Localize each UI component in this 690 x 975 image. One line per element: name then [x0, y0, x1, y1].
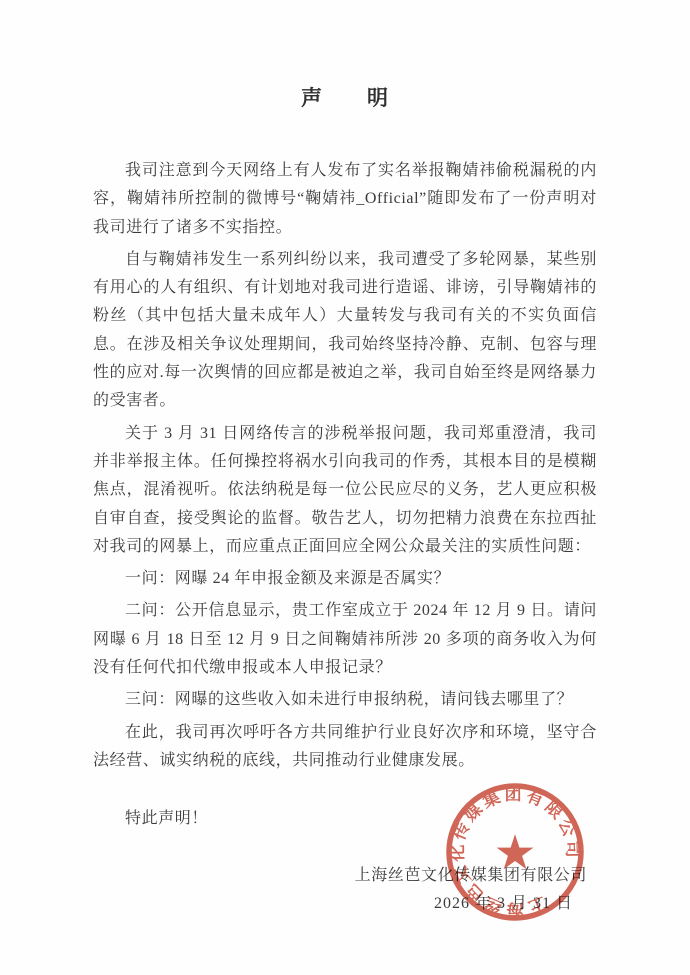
paragraph-question-2: 二问：公开信息显示，贵工作室成立于 2024 年 12 月 9 日。请问网曝 6… [93, 597, 597, 682]
document-title: 声 明 [93, 86, 597, 110]
closing-statement: 特此声明！ [93, 805, 597, 833]
statement-document-page: 声 明 我司注意到今天网络上有人发布了实名举报鞠婧祎偷税漏税的内容，鞠婧祎所控制… [0, 0, 690, 975]
paragraph-intro: 我司注意到今天网络上有人发布了实名举报鞠婧祎偷税漏税的内容，鞠婧祎所控制的微博号… [93, 157, 597, 242]
signature-company-name: 上海丝芭文化传媒集团有限公司 [93, 862, 597, 890]
paragraph-clarification: 关于 3 月 31 日网络传言的涉税举报问题，我司郑重澄清，我司并非举报主体。任… [93, 420, 597, 561]
paragraph-question-1: 一问：网曝 24 年申报金额及来源是否属实？ [93, 565, 597, 593]
paragraph-question-3: 三问：网曝的这些收入如未进行申报纳税，请问钱去哪里了？ [93, 686, 597, 714]
document-body: 我司注意到今天网络上有人发布了实名举报鞠婧祎偷税漏税的内容，鞠婧祎所控制的微博号… [93, 157, 597, 834]
signature-date: 2026 年 3 月 31 日 [93, 890, 597, 918]
paragraph-appeal: 在此，我司再次呼吁各方共同维护行业良好次序和环境，坚守合法经营、诚实纳税的底线，… [93, 719, 597, 776]
paragraph-background: 自与鞠婧祎发生一系列纠纷以来，我司遭受了多轮网暴，某些别有用心的人有组织、有计划… [93, 246, 597, 416]
signature-block: 上海丝芭文化传媒集团有限公司 2026 年 3 月 31 日 [93, 862, 597, 919]
